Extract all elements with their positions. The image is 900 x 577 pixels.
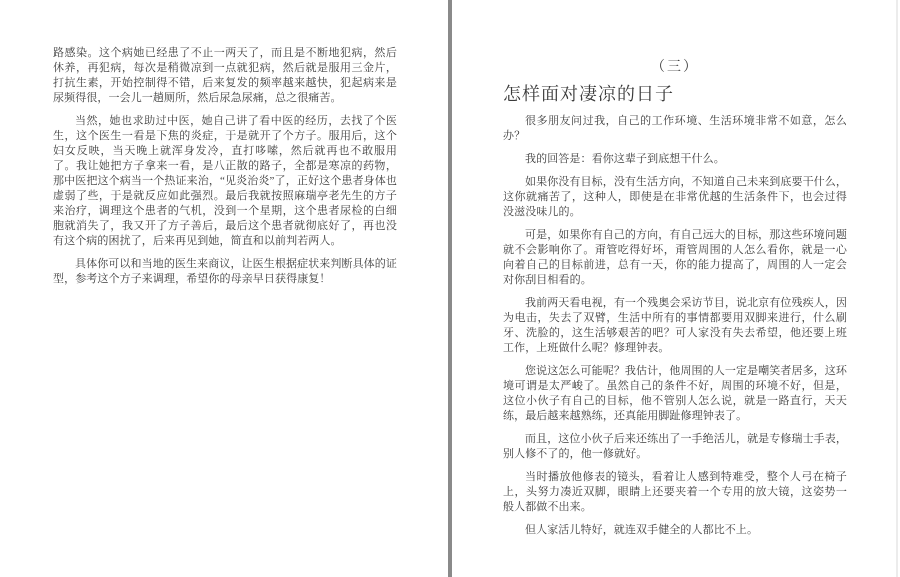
chapter-title: 怎样面对凄凉的日子 <box>503 83 847 105</box>
right-edge-line <box>896 0 898 577</box>
paragraph: 具体你可以和当地的医生来商议，让医生根据症状来判断具体的证型，参考这个方子来调理… <box>53 257 397 287</box>
paragraph: 很多朋友问过我，自己的工作环境、生活环境非常不如意，怎么办？ <box>503 114 847 144</box>
paragraph: 如果你没有目标，没有生活方向，不知道自己未来到底要干什么，这你就痛苦了，这种人，… <box>503 175 847 220</box>
book-spread: 路感染。这个病她已经患了不止一两天了，而且是不断地犯病，然后休养，再犯病，每次是… <box>0 0 900 577</box>
right-page: （三） 怎样面对凄凉的日子 很多朋友问过我，自己的工作环境、生活环境非常不如意，… <box>503 0 847 577</box>
paragraph: 当时播放他修表的镜头，看着让人感到特难受，整个人弓在椅子上，头努力凑近双脚，眼睛… <box>503 470 847 515</box>
paragraph: 可是，如果你有自己的方向，有自己远大的目标，那这些环境问题就不会影响你了。甭管吃… <box>503 228 847 288</box>
paragraph: 您说这怎么可能呢？我估计，他周围的人一定是嘲笑者居多，这环境可谓是太严峻了。虽然… <box>503 364 847 424</box>
paragraph: 但人家活儿特好，就连双手健全的人都比不上。 <box>503 523 847 538</box>
right-page-text: 很多朋友问过我，自己的工作环境、生活环境非常不如意，怎么办？我的回答是：看你这辈… <box>503 114 847 538</box>
paragraph: 而且，这位小伙子后来还练出了一手绝活儿，就是专修瑞士手表，别人修不了的，他一修就… <box>503 432 847 462</box>
paragraph: 我前两天看电视，有一个残奥会采访节目，说北京有位残疾人，因为电击，失去了双臂，生… <box>503 296 847 356</box>
section-number: （三） <box>503 60 847 76</box>
left-page: 路感染。这个病她已经患了不止一两天了，而且是不断地犯病，然后休养，再犯病，每次是… <box>53 0 397 577</box>
paragraph: 路感染。这个病她已经患了不止一两天了，而且是不断地犯病，然后休养，再犯病，每次是… <box>53 46 397 106</box>
paragraph: 当然，她也求助过中医，她自己讲了看中医的经历，去找了个医生，这个医生一看是下焦的… <box>53 114 397 249</box>
page-divider <box>448 0 452 577</box>
left-page-text: 路感染。这个病她已经患了不止一两天了，而且是不断地犯病，然后休养，再犯病，每次是… <box>53 46 397 287</box>
paragraph: 我的回答是：看你这辈子到底想干什么。 <box>503 152 847 167</box>
